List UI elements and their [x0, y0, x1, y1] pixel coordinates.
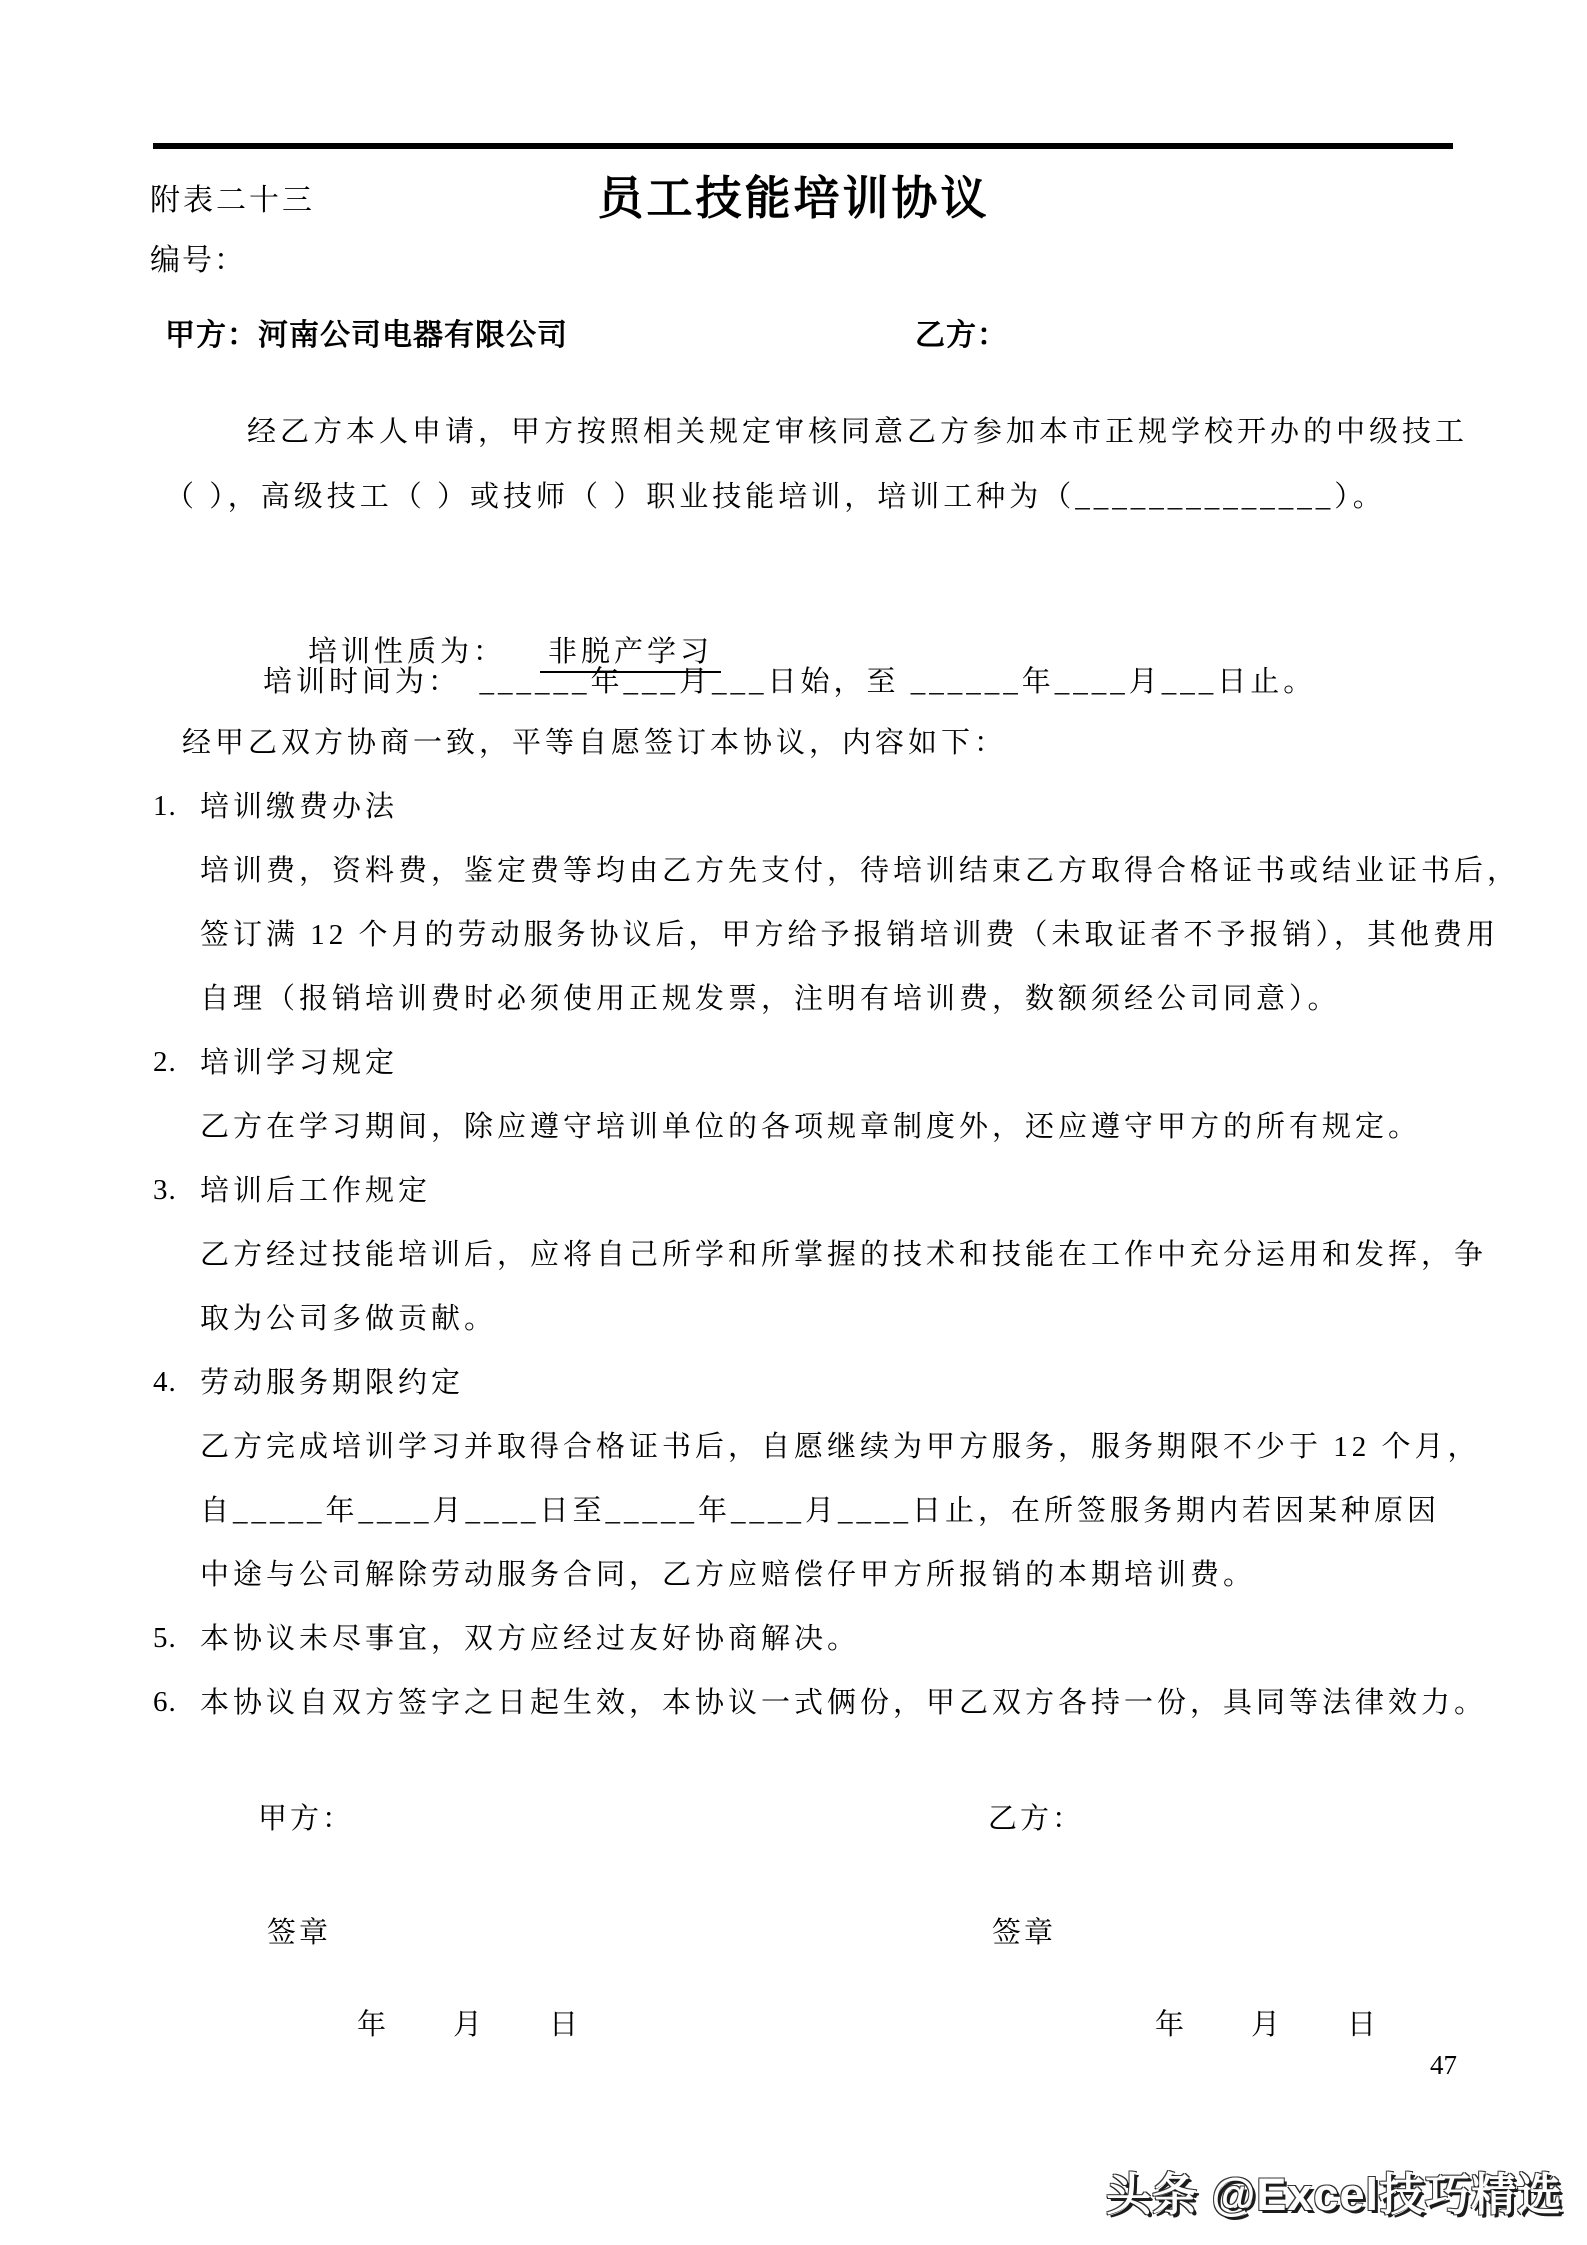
header-rule [153, 143, 1453, 149]
clause-2-heading: 培训学习规定 [200, 1046, 398, 1081]
document-page: 附表二十三 员工技能培训协议 编号： 甲方：河南公司电器有限公司 乙方： 经乙方… [0, 0, 1587, 2245]
clause-4-body-line-2: 自_____年____月____日至_____年____月____日止，在所签服… [200, 1494, 1440, 1529]
clause-4-number: 4. [153, 1366, 177, 1399]
seal-label-party-b: 签章 [992, 1910, 1056, 1951]
clause-4-heading: 劳动服务期限约定 [200, 1366, 464, 1401]
clause-5-heading: 本协议未尽事宜，双方应经过友好协商解决。 [200, 1622, 860, 1657]
clause-2-body-line-1: 乙方在学习期间，除应遵守培训单位的各项规章制度外，还应遵守甲方的所有规定。 [200, 1110, 1421, 1145]
watermark-text: 头条 @Excel技巧精选 [1106, 2158, 1563, 2223]
clause-3-body-line-1: 乙方经过技能培训后，应将自己所学和所掌握的技术和技能在工作中充分运用和发挥，争 [200, 1238, 1487, 1273]
clause-1-body-line-2: 签订满 12 个月的劳动服务协议后，甲方给予报销培训费（未取证者不予报销），其他… [200, 918, 1499, 953]
party-b-label: 乙方： [915, 318, 1008, 354]
clause-1-heading: 培训缴费办法 [200, 790, 398, 825]
clause-3-body-line-2: 取为公司多做贡献。 [200, 1302, 497, 1337]
party-a-name: 甲方：河南公司电器有限公司 [165, 318, 568, 354]
clause-1-number: 1. [153, 790, 177, 823]
document-title: 员工技能培训协议 [0, 162, 1587, 228]
date-line-party-a: 年 月 日 [357, 2002, 581, 2043]
signature-party-a-label: 甲方： [258, 1796, 354, 1837]
signature-party-b-label: 乙方： [988, 1796, 1084, 1837]
page-number: 47 [1430, 2050, 1457, 2081]
seal-label-party-a: 签章 [267, 1910, 331, 1951]
clause-1-body-line-3: 自理（报销培训费时必须使用正规发票，注明有培训费，数额须经公司同意）。 [200, 982, 1341, 1017]
clause-4-body-line-3: 中途与公司解除劳动服务合同，乙方应赔偿仔甲方所报销的本期培训费。 [200, 1558, 1256, 1593]
clause-3-number: 3. [153, 1174, 177, 1207]
intro-line-1: 经乙方本人申请，甲方按照相关规定审核同意乙方参加本市正规学校开办的中级技工 [247, 415, 1468, 450]
clause-5-number: 5. [153, 1622, 177, 1655]
clause-1-body-line-1: 培训费，资料费，鉴定费等均由乙方先支付，待培训结束乙方取得合格证书或结业证书后， [200, 854, 1520, 889]
clause-3-heading: 培训后工作规定 [200, 1174, 431, 1209]
training-nature-label: 培训性质为： [308, 636, 506, 668]
clause-6-heading: 本协议自双方签字之日起生效，本协议一式俩份，甲乙双方各持一份，具同等法律效力。 [200, 1686, 1487, 1721]
agreement-statement-line: 经甲乙双方协商一致，平等自愿签订本协议，内容如下： [182, 726, 1007, 761]
clause-2-number: 2. [153, 1046, 177, 1079]
clause-4-body-line-1: 乙方完成培训学习并取得合格证书后，自愿继续为甲方服务，服务期限不少于 12 个月… [200, 1430, 1481, 1465]
clause-6-number: 6. [153, 1686, 177, 1719]
serial-number-label: 编号： [150, 243, 246, 279]
training-time-line: 培训时间为： ______年___月___日始，至 ______年____月__… [263, 665, 1316, 700]
date-line-party-b: 年 月 日 [1155, 2002, 1379, 2043]
intro-line-2: （ ），高级技工（ ）或技师（ ）职业技能培训，培训工种为（__________… [165, 480, 1386, 515]
